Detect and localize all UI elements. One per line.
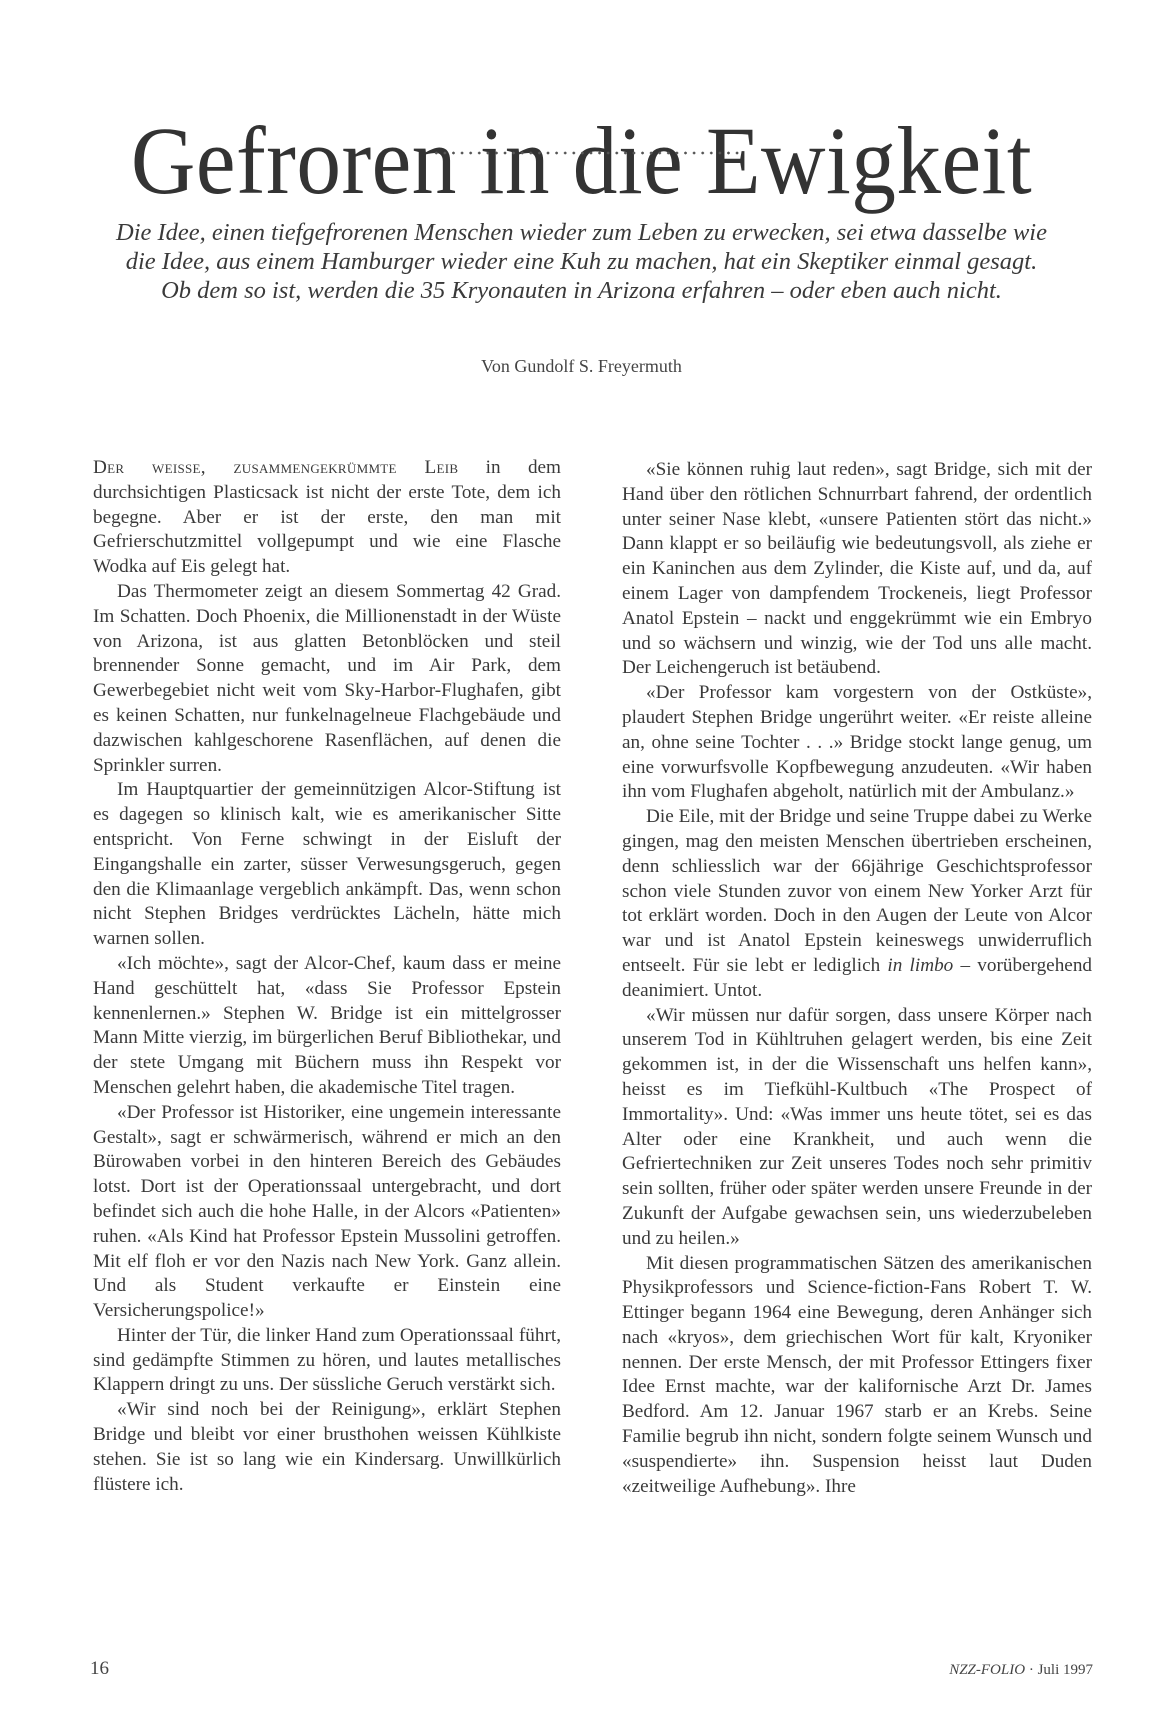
lead-in: Der weisse, zusammengekrümmte Leib	[93, 457, 458, 478]
lede-line: die Idee, aus einem Hamburger wieder ein…	[60, 247, 1103, 276]
paragraph: Der weisse, zusammengekrümmte Leib in de…	[93, 456, 561, 580]
lede-line: Die Idee, einen tiefgefrorenen Menschen …	[60, 218, 1103, 247]
paragraph: «Wir müssen nur dafür sorgen, dass unser…	[622, 1004, 1092, 1252]
right-column: «Sie können ruhig laut reden», sagt Brid…	[622, 458, 1092, 1499]
article-title: Gefroren in die Ewigkeit	[41, 106, 1123, 216]
paragraph: «Der Professor ist Historiker, eine unge…	[93, 1101, 561, 1324]
issue-date: Juli 1997	[1038, 1662, 1093, 1678]
italic-phrase: in limbo	[887, 955, 953, 976]
byline: Von Gundolf S. Freyermuth	[0, 356, 1163, 377]
article-lede: Die Idee, einen tiefgefrorenen Menschen …	[60, 218, 1103, 305]
page-number: 16	[90, 1658, 109, 1680]
paragraph: «Der Professor kam vorgestern von der Os…	[622, 681, 1092, 805]
paragraph: «Sie können ruhig laut reden», sagt Brid…	[622, 458, 1092, 681]
paragraph: Das Thermometer zeigt an diesem Sommerta…	[93, 580, 561, 778]
paragraph: Hinter der Tür, die linker Hand zum Oper…	[93, 1324, 561, 1398]
publication-info: NZZ-FOLIO · Juli 1997	[949, 1662, 1093, 1679]
paragraph: Mit diesen programmatischen Sätzen des a…	[622, 1252, 1092, 1500]
paragraph: Im Hauptquartier der gemeinnützigen Alco…	[93, 778, 561, 952]
paragraph: Die Eile, mit der Bridge und seine Trupp…	[622, 805, 1092, 1003]
paragraph: «Wir sind noch bei der Reinigung», erklä…	[93, 1398, 561, 1497]
title-dotted-rule	[432, 150, 742, 156]
publication-name: NZZ-FOLIO	[949, 1662, 1025, 1678]
lede-line: Ob dem so ist, werden die 35 Kryonauten …	[60, 276, 1103, 305]
paragraph: «Ich möchte», sagt der Alcor-Chef, kaum …	[93, 952, 561, 1101]
left-column: Der weisse, zusammengekrümmte Leib in de…	[93, 456, 561, 1497]
